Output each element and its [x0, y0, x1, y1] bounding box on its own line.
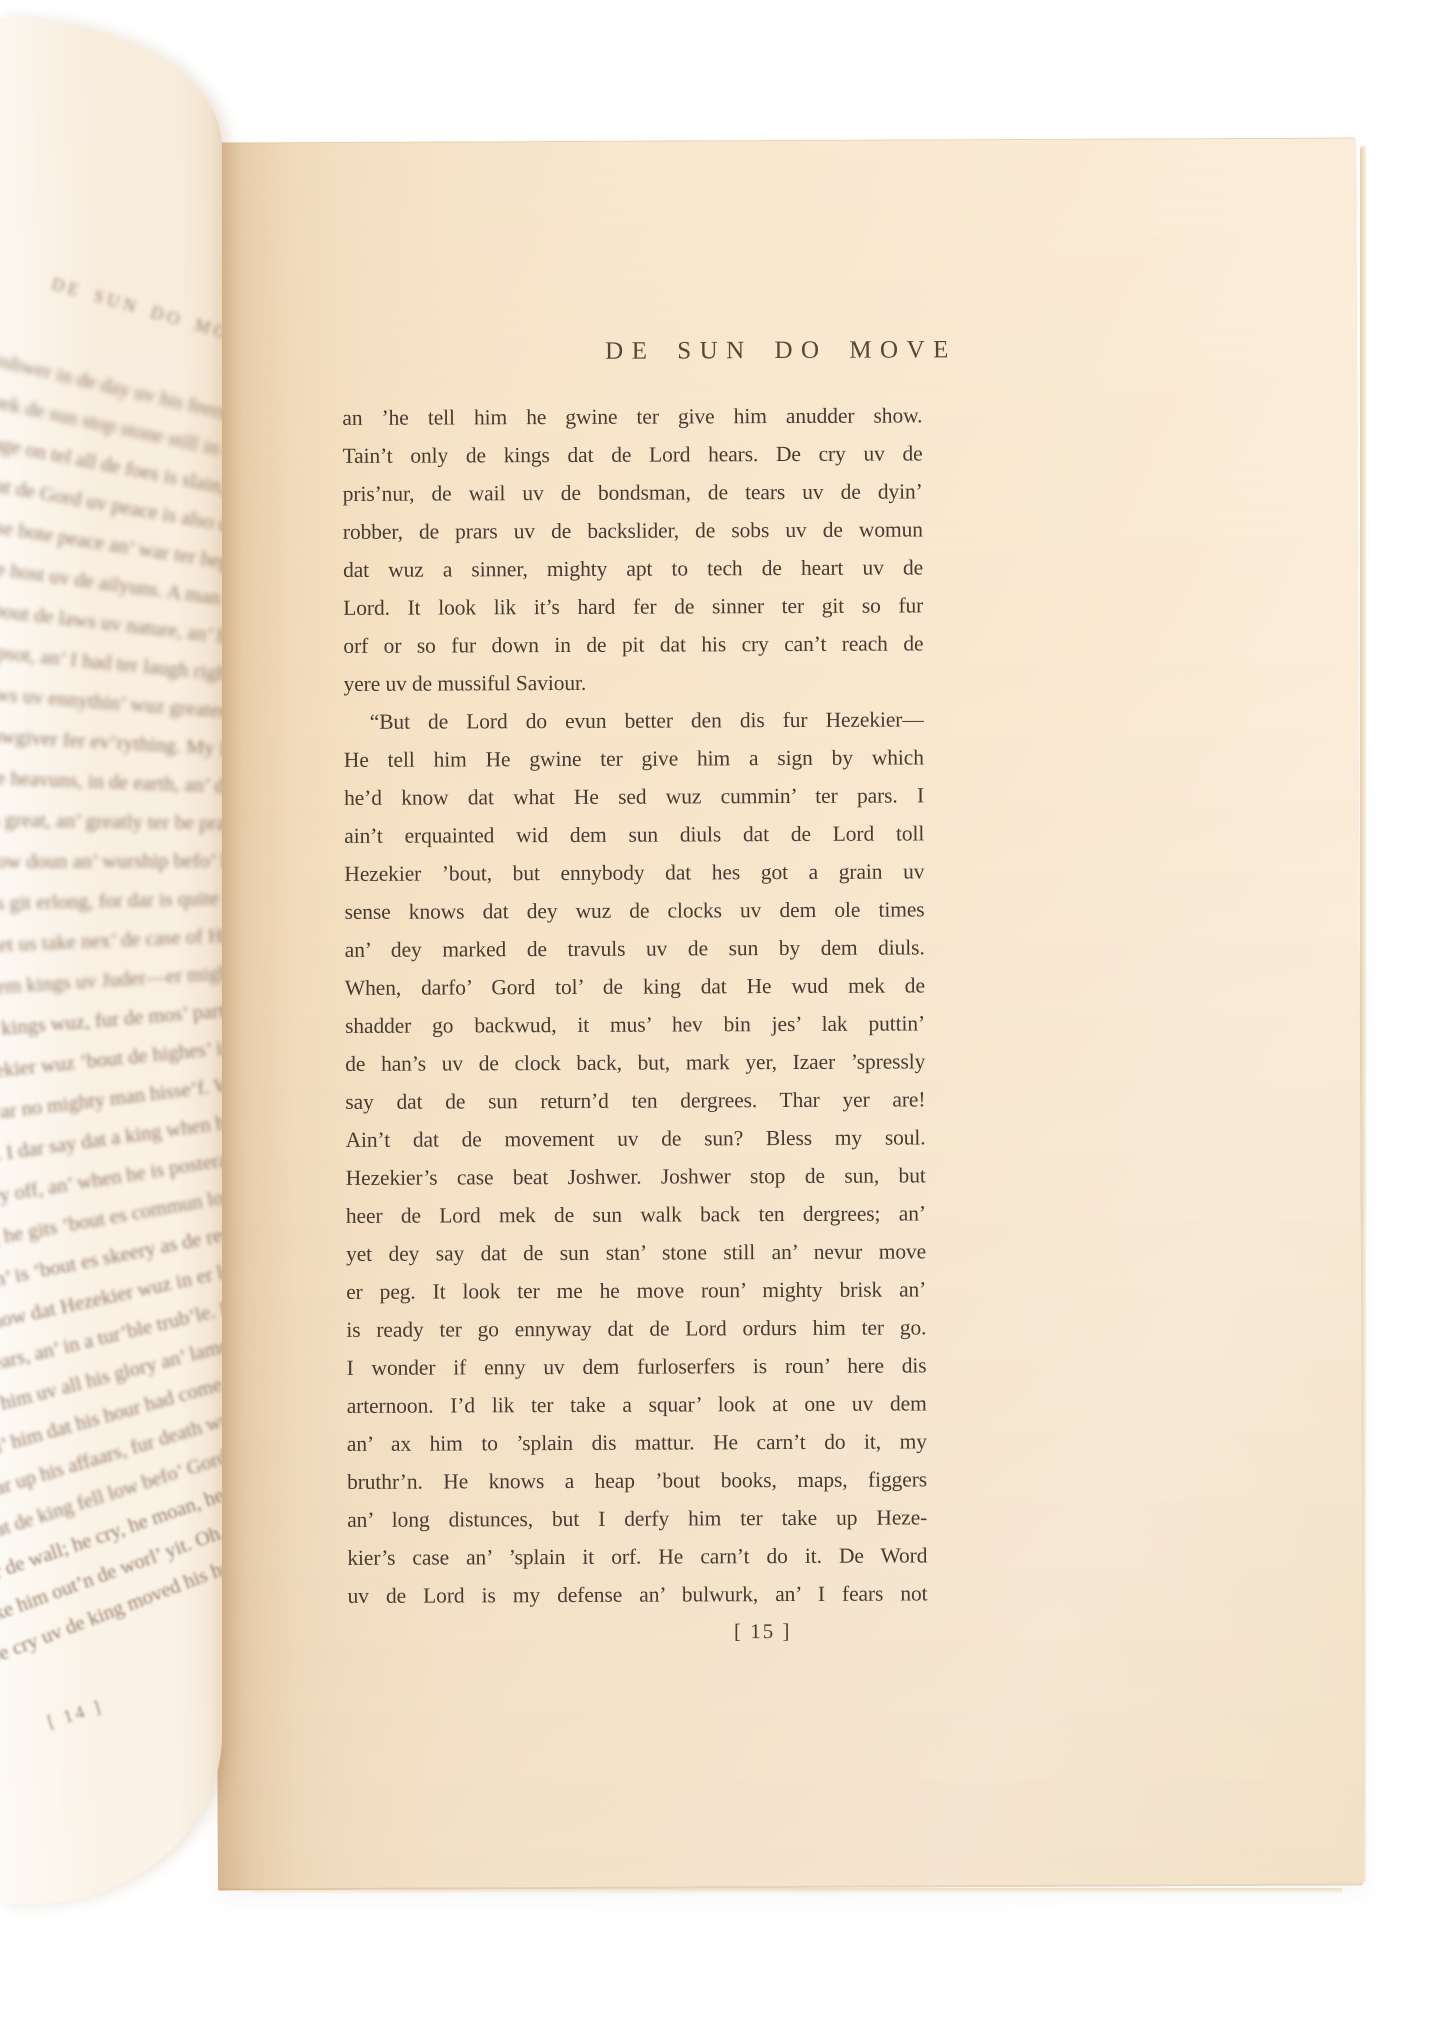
text-line: say dat de sun return’d ten dergrees. Th…: [345, 1080, 925, 1121]
book-photo: DE SUN DO MOVE an ’he tell him he gwine …: [0, 0, 1445, 2023]
text-line: orf or so fur down in de pit dat his cry…: [343, 624, 923, 665]
text-line: heer de Lord mek de sun walk back ten de…: [346, 1194, 926, 1235]
text-line: an ’he tell him he gwine ter give him an…: [342, 396, 922, 437]
text-line: When, darfo’ Gord tol’ de king dat He wu…: [345, 966, 925, 1007]
left-page-text-line: dem kings uv Juder—er mighty suri: [0, 959, 222, 1000]
left-page-text-line: lawgiver fer ev’rything. My Lord ig: [0, 725, 222, 764]
left-page-text-line: us git erlong, for dar is quite a big lo…: [0, 886, 222, 916]
text-line: Lord. It look lik it’s hard fer de sinne…: [343, 586, 923, 627]
page-number: [ 15 ]: [703, 1619, 823, 1645]
text-line: sense knows dat dey wuz de clocks uv dem…: [344, 890, 924, 931]
text-line: arternoon. I’d lik ter take a squar’ loo…: [347, 1384, 927, 1425]
left-page-text-line: bow doun an’ wurship befo’ Him!: [0, 850, 222, 874]
text-line: er peg. It look ter me he move roun’ mig…: [346, 1270, 926, 1311]
text-line: I wonder if enny uv dem furloserfers is …: [346, 1346, 926, 1387]
running-head: DE SUN DO MOVE: [605, 336, 957, 366]
left-page: DE SUN DO MOVE Joshwer in de day uv his …: [0, 18, 222, 1904]
right-page: DE SUN DO MOVE an ’he tell him he gwine …: [210, 138, 1364, 1891]
text-line: Hezekier’s case beat Joshwer. Joshwer st…: [346, 1156, 926, 1197]
text-line: He tell him He gwine ter give him a sign…: [344, 738, 924, 779]
text-line: yet dey say dat de sun stan’ stone still…: [346, 1232, 926, 1273]
text-line: de han’s uv de clock back, but, mark yer…: [345, 1042, 925, 1083]
left-page-text-line: de heavuns, in de earth, an’ doun un: [0, 767, 222, 800]
text-line: bruthr’n. He knows a heap ’bout books, m…: [347, 1460, 927, 1501]
left-page-number: [ 14 ]: [45, 1696, 106, 1733]
text-line: Hezekier ’bout, but ennybody dat hes got…: [344, 852, 924, 893]
left-page-text-line: n kings wuz, fur de mos’ part. I min: [0, 996, 222, 1042]
left-page-text-line: Let us take nex’ de case of Hezekie: [0, 923, 222, 958]
text-line: he’d know dat what He sed wuz cummin’ te…: [344, 776, 924, 817]
text-line: an’ dey marked de travuls uv de sun by d…: [345, 928, 925, 969]
text-line: kier’s case an’ ’splain it orf. He carn’…: [347, 1536, 927, 1577]
text-line: shadder go backwud, it mus’ hev bin jes’…: [345, 1004, 925, 1045]
left-page-text-line: is great, an’ greatly ter be praised. L: [0, 809, 222, 837]
left-page-text-line: upsot, an’ I had ter laugh right in h: [0, 641, 222, 690]
text-line: ain’t erquainted wid dem sun diuls dat d…: [344, 814, 924, 855]
text-line: an’ ax him to ’splain dis mattur. He car…: [347, 1422, 927, 1463]
text-line: pris’nur, de wail uv de bondsman, de tea…: [343, 472, 923, 513]
left-running-head: DE SUN DO MOVE: [49, 273, 222, 353]
left-page-text-line: aws uv ennythin’ wuz greater dan m: [0, 683, 222, 728]
text-line: dat wuz a sinner, mighty apt to tech de …: [343, 548, 923, 589]
text-line: is ready ter go ennyway dat de Lord ordu…: [346, 1308, 926, 1349]
text-line: yere uv de mussiful Saviour.: [343, 662, 923, 703]
left-page-text-line: zekier wuz ’bout de highes’ in de gu: [0, 1032, 222, 1084]
text-line: an’ long distunces, but I derfy him ter …: [347, 1498, 927, 1539]
body-text: an ’he tell him he gwine ter give him an…: [342, 396, 927, 1615]
text-line: “But de Lord do evun better den dis fur …: [344, 700, 924, 741]
text-line: Tain’t only de kings dat de Lord hears. …: [342, 434, 922, 475]
text-line: robber, de prars uv de backslider, de so…: [343, 510, 923, 551]
text-line: uv de Lord is my defense an’ bulwurk, an…: [347, 1574, 927, 1615]
text-line: Ain’t dat de movement uv de sun? Bless m…: [345, 1118, 925, 1159]
